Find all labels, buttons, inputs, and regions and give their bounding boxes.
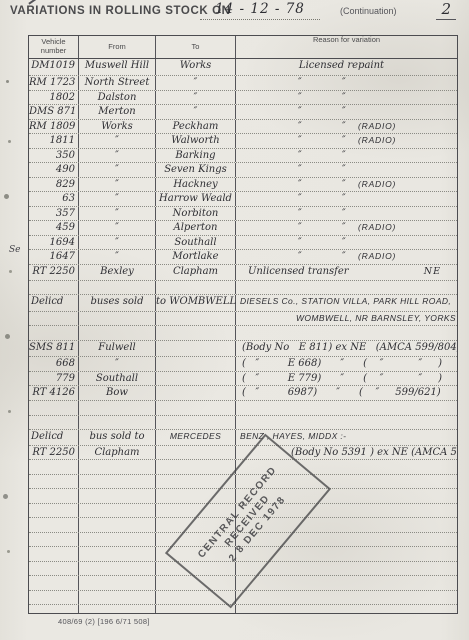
from-cell: ″ [79, 207, 155, 220]
to-cell: ″ [156, 105, 235, 118]
from-cell: ″ [79, 236, 155, 249]
vehicle-number: 459 [29, 221, 78, 234]
from-cell: ″ [79, 357, 155, 370]
paper-specks [6, 80, 9, 83]
to-cell: Works [156, 59, 235, 72]
from-cell: Fulwell [79, 341, 155, 354]
body-number-note: ( ″ 6987) ″ ( ″ 599/621) [242, 386, 441, 399]
note-address-2: WOMBWELL, NR BARNSLEY, YORKS :- [296, 312, 458, 325]
header-reason: Reason for variation [236, 36, 457, 58]
table-row: RT 4126 Bow ( ″ 6987) ″ ( ″ 599/621) [29, 386, 457, 401]
sale-note-row: Delicd buses sold to WOMBWELL DIESELS Co… [29, 295, 457, 312]
vehicle-number: 1694 [29, 236, 78, 249]
from-cell: Merton [79, 105, 155, 118]
from-cell: ″ [79, 192, 155, 205]
from-cell: ″ [79, 178, 155, 191]
blank-row [29, 605, 457, 614]
to-cell: Mortlake [156, 250, 235, 263]
from-cell: ″ [79, 163, 155, 176]
to-cell: Clapham [156, 265, 235, 278]
vehicle-number: 668 [29, 357, 78, 370]
reason-cell: Licensed repaint [274, 59, 409, 72]
note-from: buses sold [79, 295, 155, 308]
vehicle-number: RM 1723 [29, 76, 78, 89]
page-title: VARIATIONS IN ROLLING STOCK ON [10, 5, 231, 17]
table-row: 63 ″ Harrow Weald ″″ [29, 192, 457, 207]
from-cell: ″ [79, 250, 155, 263]
from-cell: Bow [79, 386, 155, 399]
blank-row [29, 401, 457, 416]
vehicle-number: 779 [29, 372, 78, 385]
vehicle-number: 1647 [29, 250, 78, 263]
to-cell: Barking [156, 149, 235, 162]
table-row: RM 1809 Works Peckham ″″(RADIO) [29, 120, 457, 135]
vehicle-number: 490 [29, 163, 78, 176]
note-address-1: BENZ , HAYES, MIDDX :- [240, 430, 346, 443]
to-cell: Southall [156, 236, 235, 249]
to-cell: Walworth [156, 134, 235, 147]
header-from: From [79, 36, 156, 58]
vehicle-number: RT 4126 [29, 386, 78, 399]
table-row: SMS 811 Fulwell (Body No E 811) ex NE (A… [29, 341, 457, 357]
vehicle-number: 63 [29, 192, 78, 205]
blank-row [29, 416, 457, 430]
document-header: VARIATIONS IN ROLLING STOCK ON 14 - 12 -… [10, 3, 462, 29]
table-row: 1694 ″ Southall ″″ [29, 236, 457, 251]
to-cell: Harrow Weald [156, 192, 235, 205]
table-row: RT 2250 Clapham (Body No 5391 ) ex NE (A… [29, 446, 457, 461]
note-to: to WOMBWELL [156, 295, 235, 308]
to-cell: Alperton [156, 221, 235, 234]
note-vehicle: Delicd [29, 430, 78, 443]
to-cell: Seven Kings [156, 163, 235, 176]
vehicle-number: SMS 811 [29, 341, 78, 354]
table-row: RM 1723 North Street ″ ″″ [29, 76, 457, 91]
vehicle-number: RM 1809 [29, 120, 78, 133]
note-vehicle: Delicd [29, 295, 78, 308]
table-row: 829 ″ Hackney ″″(RADIO) [29, 178, 457, 193]
from-cell: Muswell Hill [79, 59, 155, 72]
vehicle-number: RT 2250 [29, 446, 78, 459]
handwritten-date: 14 - 12 - 78 [200, 1, 320, 20]
from-cell: Bexley [79, 265, 155, 278]
scanned-document-page: VARIATIONS IN ROLLING STOCK ON 14 - 12 -… [0, 0, 469, 640]
vehicle-number: 1802 [29, 91, 78, 104]
vehicle-number: RT 2250 [29, 265, 78, 278]
from-cell: Southall [79, 372, 155, 385]
vehicle-number: 357 [29, 207, 78, 220]
table-row: 668 ″ ( ″ E 668) ″ ( ″ ″ ) [29, 357, 457, 372]
vehicle-number: DMS 871 [29, 105, 78, 118]
ne-note: NE [424, 265, 441, 278]
vehicle-number: DM1019 [29, 59, 78, 72]
from-cell: Clapham [79, 446, 155, 459]
to-cell: Peckham [156, 120, 235, 133]
note-to: MERCEDES [156, 430, 235, 443]
from-cell: ″ [79, 149, 155, 162]
table-row: 1811 ″ Walworth ″″(RADIO) [29, 134, 457, 149]
body-number-note: (Body No E 811) ex NE (AMCA 599/804) [242, 341, 458, 354]
from-cell: North Street [79, 76, 155, 89]
from-cell: ″ [79, 221, 155, 234]
body-number-note: ( ″ E 779) ″ ( ″ ″ ) [242, 372, 442, 385]
table-row: DM1019 Muswell Hill Works Licensed repai… [29, 59, 457, 76]
radio-note: (RADIO) [358, 250, 396, 263]
to-cell: Hackney [156, 178, 235, 191]
sale-note-row: WOMBWELL, NR BARNSLEY, YORKS :- [29, 312, 457, 326]
table-row: 459 ″ Alperton ″″(RADIO) [29, 221, 457, 236]
table-row: 779 Southall ( ″ E 779) ″ ( ″ ″ ) [29, 372, 457, 387]
header-to: To [156, 36, 236, 58]
to-cell: Norbiton [156, 207, 235, 220]
margin-note: Se [9, 245, 21, 255]
blank-row [29, 326, 457, 341]
vehicle-number: 829 [29, 178, 78, 191]
table-row: DMS 871 Merton ″ ″″ [29, 105, 457, 120]
radio-note: (RADIO) [358, 134, 396, 147]
table-row: 350 ″ Barking ″″ [29, 149, 457, 164]
radio-note: (RADIO) [358, 221, 396, 234]
form-reference-number: 408/69 (2) [196 6/71 508] [58, 617, 150, 626]
continuation-label: (Continuation) [340, 6, 397, 16]
body-number-note: (Body No 5391 ) ex NE (AMCA 599/621) [291, 446, 458, 459]
from-cell: Works [79, 120, 155, 133]
from-cell: Dalston [79, 91, 155, 104]
vehicle-number: 350 [29, 149, 78, 162]
note-from: bus sold to [79, 430, 155, 443]
table-header-row: Vehicle number From To Reason for variat… [29, 36, 457, 59]
blank-row [29, 281, 457, 296]
table-row: 490 ″ Seven Kings ″″ [29, 163, 457, 178]
header-vehicle: Vehicle number [29, 36, 79, 58]
table-row: 1647 ″ Mortlake ″″(RADIO) [29, 250, 457, 265]
radio-note: (RADIO) [358, 120, 396, 133]
radio-note: (RADIO) [358, 178, 396, 191]
page-number: 2 [436, 0, 456, 20]
body-number-note: ( ″ E 668) ″ ( ″ ″ ) [242, 357, 442, 370]
vehicle-number: 1811 [29, 134, 78, 147]
note-address-1: DIESELS Co., STATION VILLA, PARK HILL RO… [240, 295, 451, 308]
to-cell: ″ [156, 76, 235, 89]
to-cell: ″ [156, 91, 235, 104]
from-cell: ″ [79, 134, 155, 147]
reason-cell: Unlicensed transfer [248, 265, 349, 278]
sale-note-row: Delicd bus sold to MERCEDES BENZ , HAYES… [29, 430, 457, 446]
table-row: 357 ″ Norbiton ″″ [29, 207, 457, 222]
table-row: 1802 Dalston ″ ″″ [29, 91, 457, 106]
table-row: RT 2250 Bexley Clapham Unlicensed transf… [29, 265, 457, 281]
